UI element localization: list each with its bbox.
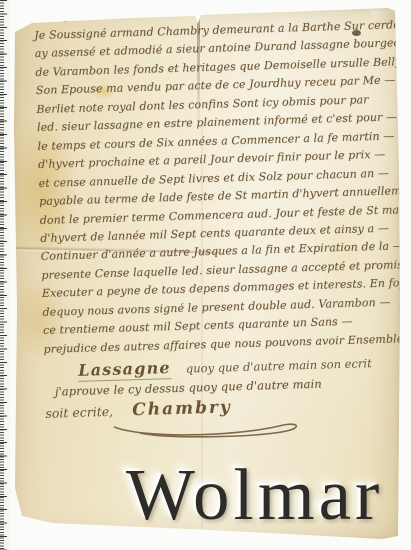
signature-note: quoy que d'autre main son ecrit — [186, 356, 372, 376]
signature-lassagne: Lassagne — [78, 358, 171, 382]
scan-canvas: Je Soussigné armand Chambry demeurant a … — [0, 0, 411, 550]
closing-words: soit ecrite, — [45, 403, 113, 420]
watermark-text: Wolmar — [126, 458, 383, 531]
ruler-ticks-major — [0, 0, 7, 550]
manuscript-text: Je Soussigné armand Chambry demeurant a … — [34, 16, 400, 422]
signature-flourish — [110, 411, 311, 443]
ruler-strip — [0, 0, 10, 550]
ink-speck — [62, 18, 68, 22]
